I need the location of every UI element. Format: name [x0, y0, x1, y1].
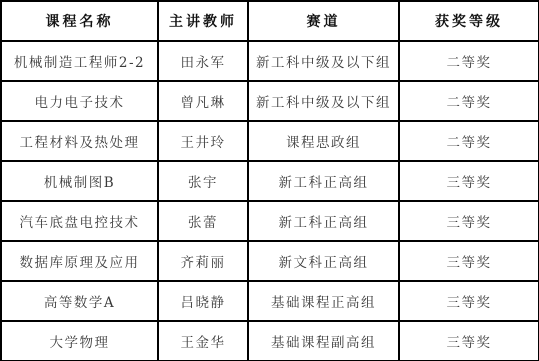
- award-cell: 二等奖: [399, 121, 539, 161]
- header-teacher: 主讲教师: [158, 1, 248, 41]
- teacher-cell: 吕晓静: [158, 281, 248, 321]
- table-row: 汽车底盘电控技术 张蕾 新工科正高组 三等奖: [1, 201, 539, 241]
- award-cell: 二等奖: [399, 81, 539, 121]
- table-row: 数据库原理及应用 齐莉丽 新文科正高组 三等奖: [1, 241, 539, 281]
- course-name-cell: 工程材料及热处理: [1, 121, 158, 161]
- table-row: 机械制图B 张宇 新工科正高组 三等奖: [1, 161, 539, 201]
- course-name-cell: 机械制图B: [1, 161, 158, 201]
- header-course-name: 课程名称: [1, 1, 158, 41]
- course-name-cell: 电力电子技术: [1, 81, 158, 121]
- teacher-cell: 齐莉丽: [158, 241, 248, 281]
- track-cell: 新工科中级及以下组: [248, 41, 399, 81]
- award-cell: 三等奖: [399, 321, 539, 361]
- award-cell: 三等奖: [399, 201, 539, 241]
- table-row: 大学物理 王金华 基础课程副高组 三等奖: [1, 321, 539, 361]
- award-cell: 二等奖: [399, 41, 539, 81]
- table-row: 电力电子技术 曾凡琳 新工科中级及以下组 二等奖: [1, 81, 539, 121]
- track-cell: 基础课程正高组: [248, 281, 399, 321]
- awards-table: 课程名称 主讲教师 赛道 获奖等级 机械制造工程师2-2 田永军 新工科中级及以…: [0, 0, 539, 361]
- track-cell: 课程思政组: [248, 121, 399, 161]
- course-name-cell: 高等数学A: [1, 281, 158, 321]
- teacher-cell: 张蕾: [158, 201, 248, 241]
- teacher-cell: 田永军: [158, 41, 248, 81]
- header-row: 课程名称 主讲教师 赛道 获奖等级: [1, 1, 539, 41]
- award-cell: 三等奖: [399, 241, 539, 281]
- track-cell: 新工科中级及以下组: [248, 81, 399, 121]
- track-cell: 新文科正高组: [248, 241, 399, 281]
- course-name-cell: 机械制造工程师2-2: [1, 41, 158, 81]
- teacher-cell: 王金华: [158, 321, 248, 361]
- award-cell: 三等奖: [399, 281, 539, 321]
- teacher-cell: 曾凡琳: [158, 81, 248, 121]
- table-row: 机械制造工程师2-2 田永军 新工科中级及以下组 二等奖: [1, 41, 539, 81]
- header-track: 赛道: [248, 1, 399, 41]
- teacher-cell: 王井玲: [158, 121, 248, 161]
- track-cell: 新工科正高组: [248, 201, 399, 241]
- course-name-cell: 数据库原理及应用: [1, 241, 158, 281]
- track-cell: 基础课程副高组: [248, 321, 399, 361]
- teacher-cell: 张宇: [158, 161, 248, 201]
- table-row: 工程材料及热处理 王井玲 课程思政组 二等奖: [1, 121, 539, 161]
- course-name-cell: 大学物理: [1, 321, 158, 361]
- award-cell: 三等奖: [399, 161, 539, 201]
- track-cell: 新工科正高组: [248, 161, 399, 201]
- header-award-level: 获奖等级: [399, 1, 539, 41]
- table-row: 高等数学A 吕晓静 基础课程正高组 三等奖: [1, 281, 539, 321]
- course-name-cell: 汽车底盘电控技术: [1, 201, 158, 241]
